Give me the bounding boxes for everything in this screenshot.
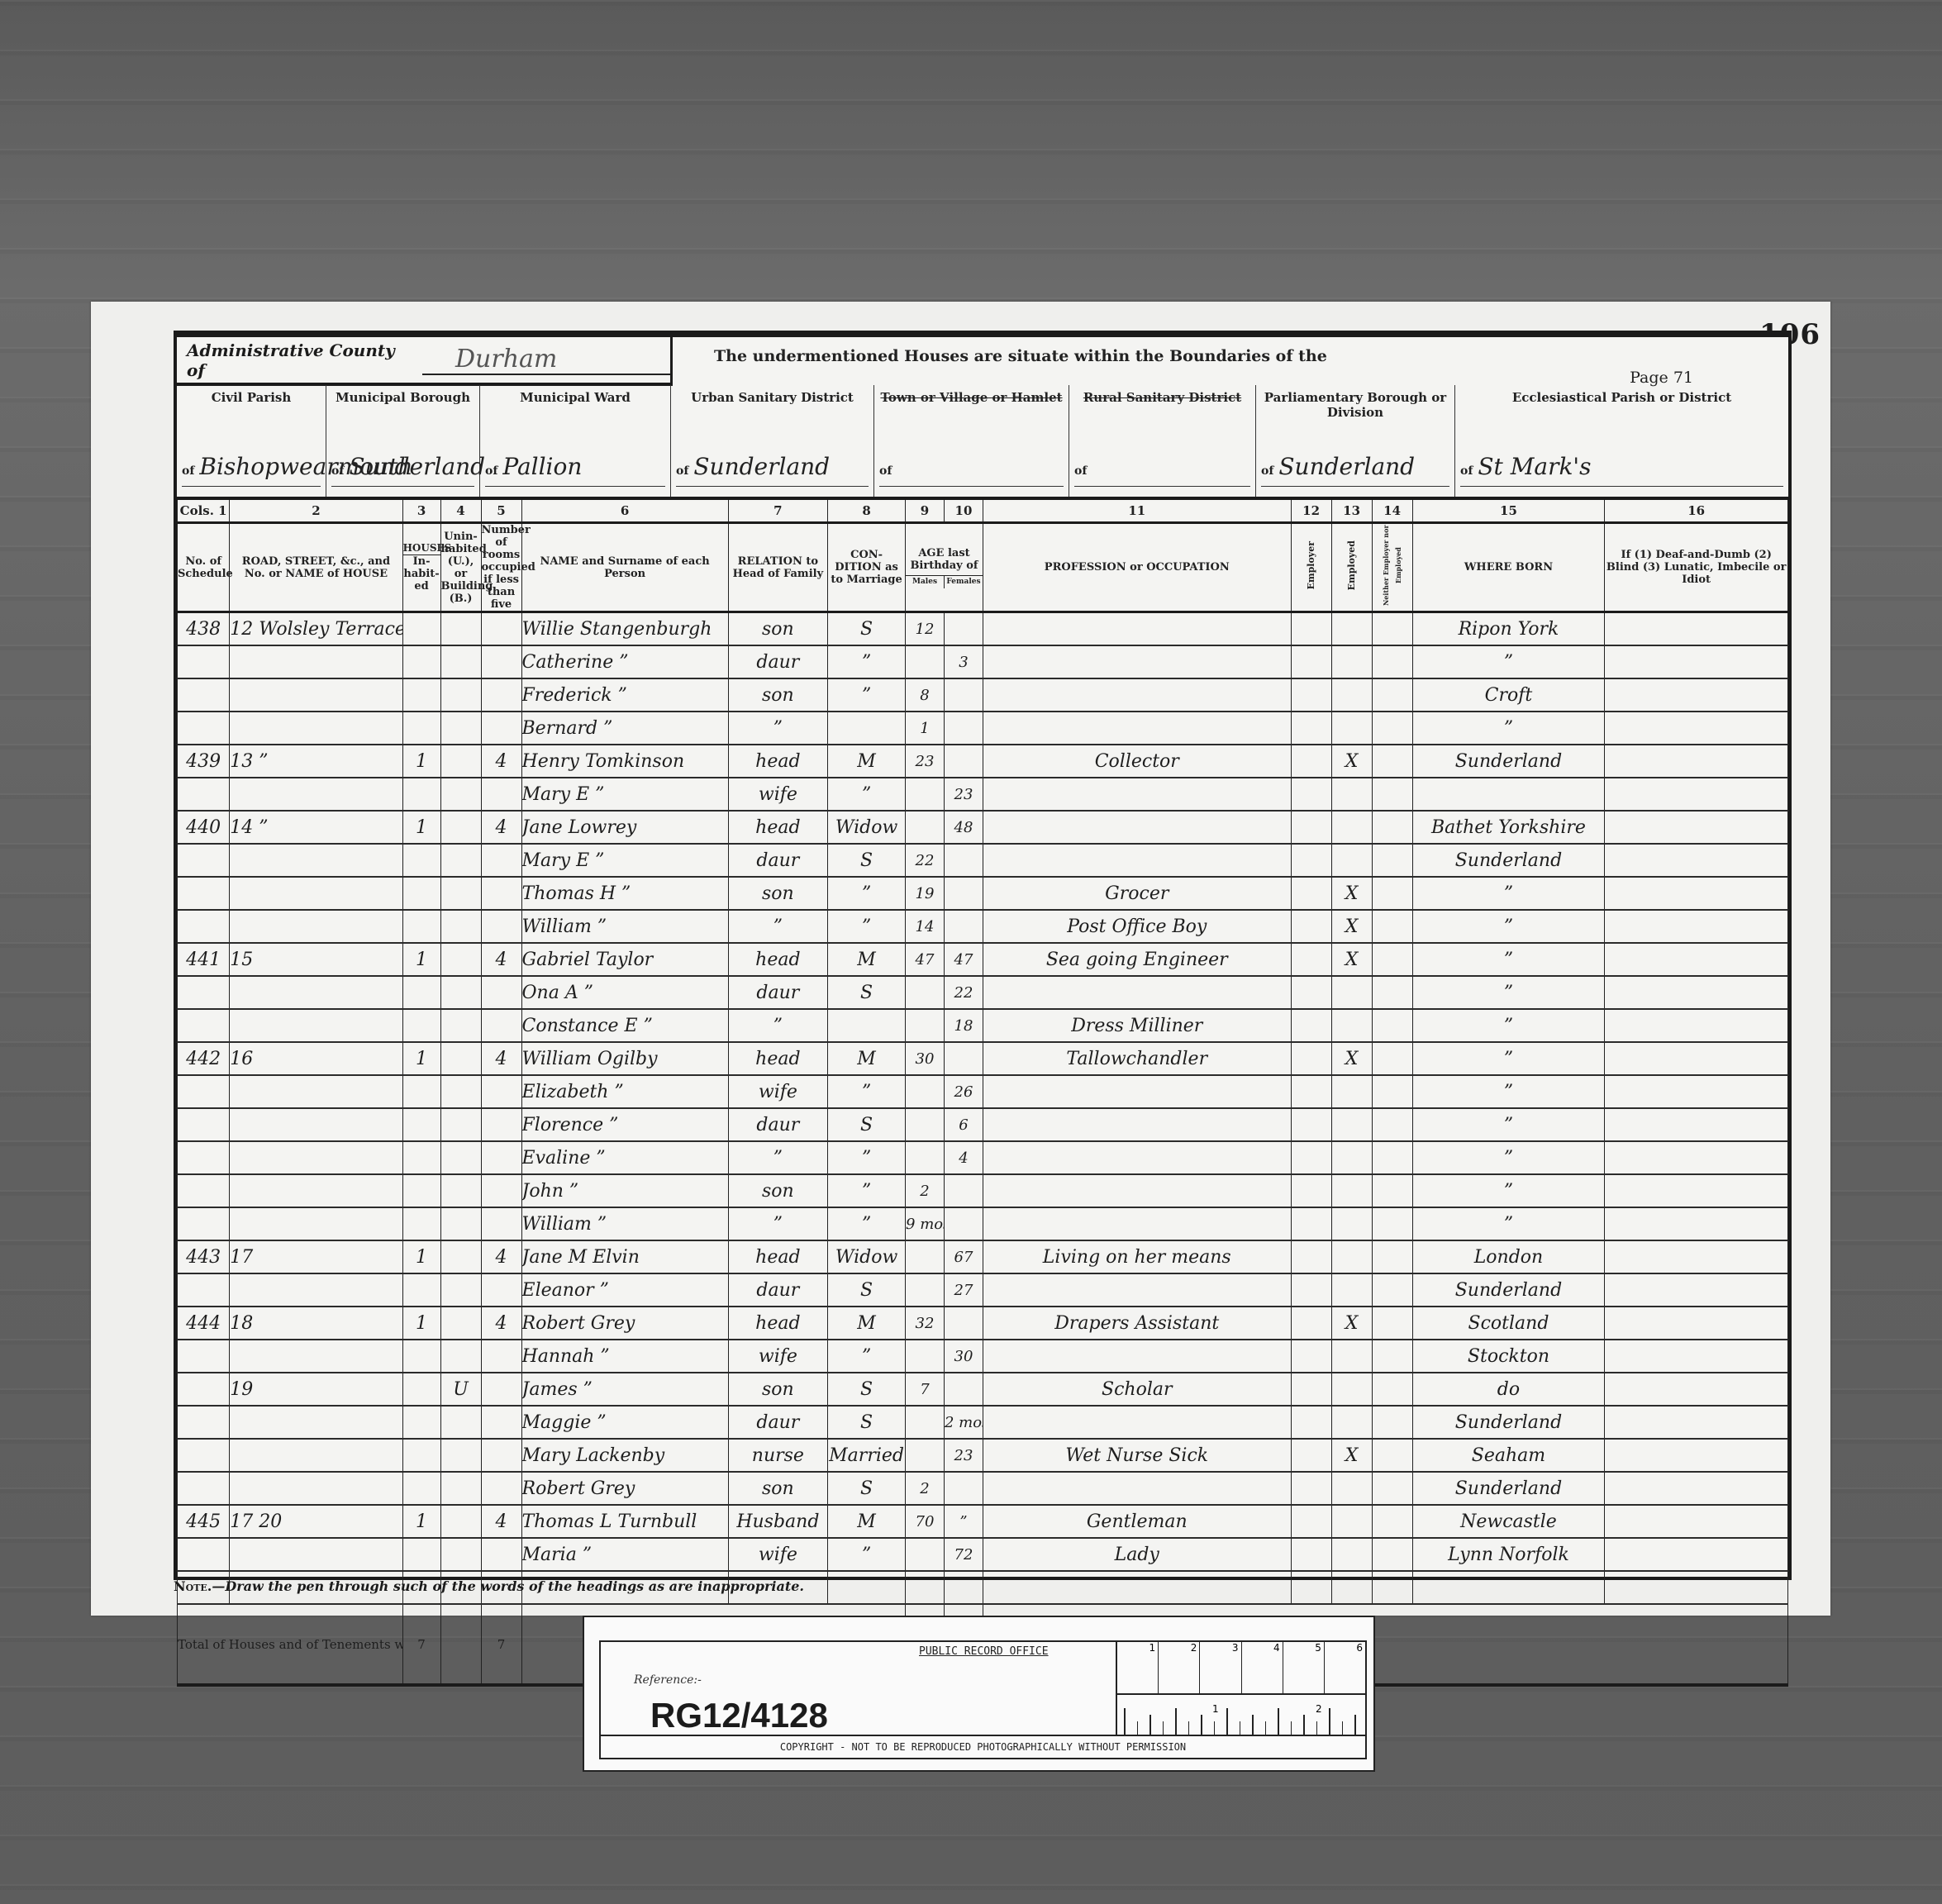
cell-occupation [983, 1472, 1291, 1505]
of-label: of [1460, 464, 1473, 478]
cell-schedule [178, 1075, 230, 1108]
cell-neither [1372, 1273, 1412, 1307]
cell-uninhabited [440, 1009, 481, 1042]
cell-female-age [944, 1472, 983, 1505]
cell-relation: nurse [728, 1439, 827, 1472]
cell-condition: ” [828, 778, 906, 811]
scale-tick [1149, 1715, 1151, 1735]
boundaries-row: Civil ParishofBishopwearmouthMunicipal B… [177, 385, 1788, 500]
footnote-text: —Draw the pen through such of the words … [212, 1578, 804, 1594]
cell-relation: Husband [728, 1505, 827, 1538]
division-value: ofSt Mark's [1460, 453, 1783, 487]
cell-uninhabited [440, 1439, 481, 1472]
scale-cm-mark: 2 [1159, 1642, 1200, 1693]
cell-neither [1372, 612, 1412, 646]
cell-inhabited: 1 [402, 1505, 440, 1538]
cell-female-age [944, 910, 983, 943]
of-label: of [879, 464, 892, 478]
scale-cm-mark: 1 [1117, 1642, 1159, 1693]
division-heading: Ecclesiastical Parish or District [1455, 390, 1788, 405]
cell-female-age [944, 678, 983, 712]
header-inhabited: HOUSESIn-habit-ed [402, 523, 440, 612]
cell-neither [1372, 943, 1412, 976]
cell-name: Mary E ” [521, 778, 728, 811]
cell-uninhabited [440, 1406, 481, 1439]
cell-neither [1372, 1571, 1412, 1604]
cell-condition: M [828, 1505, 906, 1538]
cell-name: Mary Lackenby [521, 1439, 728, 1472]
cell-relation: son [728, 1174, 827, 1207]
cell-employed: X [1331, 745, 1372, 778]
cell-name: William ” [521, 910, 728, 943]
cell-occupation [983, 1273, 1291, 1307]
cell-schedule [178, 712, 230, 745]
cell-relation: head [728, 1307, 827, 1340]
cell-uninhabited [440, 612, 481, 646]
cell-occupation: Tallowchandler [983, 1042, 1291, 1075]
column-number: 15 [1412, 500, 1605, 523]
cell-occupation [983, 1571, 1291, 1604]
reference-slip: PUBLIC RECORD OFFICE Reference:- RG12/41… [583, 1616, 1375, 1772]
header-where-born: WHERE BORN [1412, 523, 1605, 612]
age-label: AGE last Birthday of [906, 547, 983, 572]
cell-male-age: 22 [906, 844, 945, 877]
cell-rooms [481, 1373, 521, 1406]
division-heading: Municipal Borough [326, 390, 479, 405]
cell-name: Ona A ” [521, 976, 728, 1009]
cell-schedule: 439 [178, 745, 230, 778]
cell-occupation [983, 778, 1291, 811]
of-label: of [485, 464, 497, 478]
cell-rooms [481, 910, 521, 943]
cell-male-age: 32 [906, 1307, 945, 1340]
cell-infirmity [1605, 1373, 1788, 1406]
census-row: Frederick ”son”8Croft [178, 678, 1788, 712]
cell-road [230, 976, 402, 1009]
cell-occupation [983, 1174, 1291, 1207]
census-row: Eleanor ”daurS27Sunderland [178, 1273, 1788, 1307]
cell-born: Sunderland [1412, 1472, 1605, 1505]
cell-employer [1291, 745, 1331, 778]
footnote-prefix: Note. [174, 1578, 212, 1594]
cell-employer [1291, 1042, 1331, 1075]
census-row: Bernard ””1” [178, 712, 1788, 745]
cell-employer [1291, 1538, 1331, 1571]
cell-neither [1372, 1373, 1412, 1406]
cell-relation: ” [728, 1141, 827, 1174]
cell-occupation [983, 811, 1291, 844]
header-employed: Employed [1331, 523, 1372, 612]
cell-relation: son [728, 877, 827, 910]
cell-female-age: 67 [944, 1240, 983, 1273]
cell-neither [1372, 1141, 1412, 1174]
column-number: 13 [1331, 500, 1372, 523]
cell-schedule [178, 1141, 230, 1174]
cell-employer [1291, 877, 1331, 910]
cell-relation: wife [728, 1340, 827, 1373]
cell-road [230, 1075, 402, 1108]
header-condition: CON-DITION as to Marriage [828, 523, 906, 612]
neither-label: Neither Employer nor Employed [1380, 522, 1405, 609]
cell-infirmity [1605, 1340, 1788, 1373]
cell-infirmity [1605, 1207, 1788, 1240]
header-uninhabited: Unin-habited (U.), or Building (B.) [440, 523, 481, 612]
of-label: of [182, 464, 194, 478]
cell-male-age [906, 811, 945, 844]
cell-condition: S [828, 612, 906, 646]
cell-relation: son [728, 1472, 827, 1505]
cell-neither [1372, 910, 1412, 943]
cell-male-age: 23 [906, 745, 945, 778]
cell-rooms [481, 1207, 521, 1240]
cell-employed [1331, 678, 1372, 712]
cell-male-age: 12 [906, 612, 945, 646]
cell-employed [1331, 1340, 1372, 1373]
cell-born: Seaham [1412, 1439, 1605, 1472]
cell-rooms [481, 712, 521, 745]
cell-born: Lynn Norfolk [1412, 1538, 1605, 1571]
cell-male-age [906, 1273, 945, 1307]
cell-male-age: 9 mos [906, 1207, 945, 1240]
cell-male-age [906, 645, 945, 678]
scale-tick [1226, 1708, 1228, 1735]
cell-neither [1372, 678, 1412, 712]
cell-employer [1291, 1108, 1331, 1141]
cell-male-age [906, 1571, 945, 1604]
division-value: ofSunderland [676, 453, 869, 487]
cell-schedule [178, 645, 230, 678]
cell-uninhabited [440, 877, 481, 910]
census-row: 4411514Gabriel TaylorheadM4747Sea going … [178, 943, 1788, 976]
cell-occupation: Drapers Assistant [983, 1307, 1291, 1340]
of-label: of [1261, 464, 1273, 478]
measurement-scale: 123456 12 [1116, 1642, 1365, 1735]
cell-born: Ripon York [1412, 612, 1605, 646]
division-3: Urban Sanitary DistrictofSunderland [671, 385, 874, 497]
cell-condition: S [828, 1273, 906, 1307]
division-5: Rural Sanitary Districtof [1069, 385, 1256, 497]
cell-male-age: 2 [906, 1174, 945, 1207]
cell-name: Henry Tomkinson [521, 745, 728, 778]
cell-born [1412, 1571, 1605, 1604]
cell-infirmity [1605, 712, 1788, 745]
cell-male-age: 2 [906, 1472, 945, 1505]
cell-occupation: Sea going Engineer [983, 943, 1291, 976]
cell-male-age: 1 [906, 712, 945, 745]
cell-infirmity [1605, 1406, 1788, 1439]
cell-male-age [906, 1141, 945, 1174]
cell-infirmity [1605, 678, 1788, 712]
cell-neither [1372, 1207, 1412, 1240]
cell-male-age [906, 1439, 945, 1472]
cell-name: Hannah ” [521, 1340, 728, 1373]
division-heading: Town or Village or Hamlet [874, 390, 1069, 405]
scale-cm-mark: 4 [1242, 1642, 1283, 1693]
females-label: Females [945, 576, 983, 588]
division-heading: Rural Sanitary District [1069, 390, 1255, 405]
of-label: of [1074, 464, 1087, 478]
cell-name: Catherine ” [521, 645, 728, 678]
census-row: Elizabeth ”wife”26” [178, 1075, 1788, 1108]
cell-schedule [178, 1207, 230, 1240]
cell-name: James ” [521, 1373, 728, 1406]
cell-relation: ” [728, 712, 827, 745]
census-row: Catherine ”daur”3” [178, 645, 1788, 678]
cell-uninhabited [440, 811, 481, 844]
cell-male-age: 7 [906, 1373, 945, 1406]
cell-born: Stockton [1412, 1340, 1605, 1373]
cell-inhabited [402, 910, 440, 943]
cell-schedule [178, 976, 230, 1009]
cell-neither [1372, 976, 1412, 1009]
cell-employer [1291, 645, 1331, 678]
cell-employed: X [1331, 943, 1372, 976]
cell-born: ” [1412, 1141, 1605, 1174]
cell-name: Gabriel Taylor [521, 943, 728, 976]
cell-born: Sunderland [1412, 1406, 1605, 1439]
cell-condition: ” [828, 910, 906, 943]
cell-name: John ” [521, 1174, 728, 1207]
division-heading: Parliamentary Borough or Division [1256, 390, 1454, 420]
cell-employed [1331, 1505, 1372, 1538]
cell-road [230, 1406, 402, 1439]
census-row: Robert GreysonS2Sunderland [178, 1472, 1788, 1505]
cell-neither [1372, 778, 1412, 811]
division-handwritten-value: Pallion [502, 453, 582, 480]
cell-name: Thomas H ” [521, 877, 728, 910]
cell-infirmity [1605, 778, 1788, 811]
cell-employed [1331, 612, 1372, 646]
cell-occupation [983, 976, 1291, 1009]
cell-employer [1291, 910, 1331, 943]
header-neither: Neither Employer nor Employed [1372, 523, 1412, 612]
cell-male-age [906, 1406, 945, 1439]
cell-uninhabited [440, 1307, 481, 1340]
cell-born: Sunderland [1412, 844, 1605, 877]
header-occupation: PROFESSION or OCCUPATION [983, 523, 1291, 612]
cell-relation: daur [728, 1108, 827, 1141]
cell-female-age: 23 [944, 1439, 983, 1472]
column-number: 5 [481, 500, 521, 523]
cell-road: 16 [230, 1042, 402, 1075]
census-row: 44014 ”14Jane LowreyheadWidow48Bathet Yo… [178, 811, 1788, 844]
scale-inch-mark: 2 [1316, 1703, 1322, 1715]
cell-road [230, 844, 402, 877]
cell-inhabited [402, 1373, 440, 1406]
cell-inhabited [402, 712, 440, 745]
cell-female-age [944, 1373, 983, 1406]
cell-road [230, 1009, 402, 1042]
cell-infirmity [1605, 1075, 1788, 1108]
cell-occupation [983, 1075, 1291, 1108]
cell-employed: X [1331, 877, 1372, 910]
cell-uninhabited: U [440, 1373, 481, 1406]
cell-road: 14 ” [230, 811, 402, 844]
cell-neither [1372, 1075, 1412, 1108]
cell-neither [1372, 1174, 1412, 1207]
cell-employed [1331, 1009, 1372, 1042]
scale-tick [1188, 1721, 1190, 1735]
cell-relation: head [728, 745, 827, 778]
cell-infirmity [1605, 1009, 1788, 1042]
cell-born: ” [1412, 1075, 1605, 1108]
cell-uninhabited [440, 745, 481, 778]
cell-occupation: Dress Milliner [983, 1009, 1291, 1042]
cell-name: Evaline ” [521, 1141, 728, 1174]
column-number: Cols. 1 [178, 500, 230, 523]
scale-tick [1303, 1715, 1305, 1735]
cell-road: 13 ” [230, 745, 402, 778]
cell-schedule: 441 [178, 943, 230, 976]
division-handwritten-value: Sunderland [349, 453, 485, 480]
cell-schedule [178, 1009, 230, 1042]
column-number: 7 [728, 500, 827, 523]
cell-rooms [481, 1439, 521, 1472]
cell-neither [1372, 844, 1412, 877]
cell-inhabited [402, 1174, 440, 1207]
cell-schedule [178, 844, 230, 877]
column-headings-row: No. of Schedule ROAD, STREET, &c., and N… [178, 523, 1788, 612]
census-row: Florence ”daurS6” [178, 1108, 1788, 1141]
cell-born [1412, 778, 1605, 811]
census-form: Administrative County of Durham The unde… [174, 331, 1792, 1580]
cell-condition: ” [828, 1207, 906, 1240]
census-row: Mary E ”daurS22Sunderland [178, 844, 1788, 877]
cell-employed: X [1331, 1439, 1372, 1472]
cell-name: William Ogilby [521, 1042, 728, 1075]
cell-neither [1372, 1009, 1412, 1042]
copyright-notice: COPYRIGHT - NOT TO BE REPRODUCED PHOTOGR… [601, 1735, 1365, 1758]
column-number: 2 [230, 500, 402, 523]
cell-schedule: 442 [178, 1042, 230, 1075]
cell-condition: ” [828, 877, 906, 910]
cell-born: ” [1412, 1009, 1605, 1042]
cell-schedule [178, 1108, 230, 1141]
header-name: NAME and Surname of each Person [521, 523, 728, 612]
cell-neither [1372, 645, 1412, 678]
scale-tick [1329, 1708, 1330, 1735]
cell-name: Jane Lowrey [521, 811, 728, 844]
cell-employer [1291, 1075, 1331, 1108]
census-row: Thomas H ”son”19GrocerX” [178, 877, 1788, 910]
scale-tick [1278, 1708, 1279, 1735]
cell-infirmity [1605, 976, 1788, 1009]
cell-neither [1372, 1439, 1412, 1472]
cell-condition: M [828, 943, 906, 976]
cell-road [230, 1439, 402, 1472]
cell-road [230, 712, 402, 745]
cell-infirmity [1605, 612, 1788, 646]
cell-female-age: 30 [944, 1340, 983, 1373]
cell-employed [1331, 976, 1372, 1009]
rooms-total: 7 [481, 1604, 521, 1685]
cell-male-age [906, 778, 945, 811]
cell-employer [1291, 1273, 1331, 1307]
header-rooms: Number of rooms occupied if less than fi… [481, 523, 521, 612]
cell-schedule [178, 1174, 230, 1207]
cell-name: Maria ” [521, 1538, 728, 1571]
cell-condition: S [828, 1108, 906, 1141]
cell-schedule [178, 877, 230, 910]
cell-female-age: 48 [944, 811, 983, 844]
cell-infirmity [1605, 877, 1788, 910]
cell-rooms [481, 844, 521, 877]
column-numbers-row: Cols. 12345678910111213141516 [178, 500, 1788, 523]
cell-born: ” [1412, 943, 1605, 976]
public-record-office-label: PUBLIC RECORD OFFICE [919, 1645, 1049, 1658]
cell-uninhabited [440, 976, 481, 1009]
cell-uninhabited [440, 1108, 481, 1141]
cell-rooms: 4 [481, 1505, 521, 1538]
cell-inhabited: 1 [402, 1240, 440, 1273]
cell-inhabited [402, 1439, 440, 1472]
census-row: Mary E ”wife”23 [178, 778, 1788, 811]
cell-neither [1372, 1240, 1412, 1273]
cell-name: Elizabeth ” [521, 1075, 728, 1108]
cell-inhabited [402, 1472, 440, 1505]
cell-condition: ” [828, 1141, 906, 1174]
cell-female-age [944, 1174, 983, 1207]
cell-schedule [178, 1340, 230, 1373]
cell-road [230, 1538, 402, 1571]
cell-schedule [178, 1373, 230, 1406]
cell-uninhabited [440, 1042, 481, 1075]
cell-born: ” [1412, 1108, 1605, 1141]
cell-female-age: 72 [944, 1538, 983, 1571]
scale-tick [1265, 1721, 1267, 1735]
cell-female-age: 4 [944, 1141, 983, 1174]
cell-employed [1331, 1108, 1372, 1141]
cell-rooms [481, 1406, 521, 1439]
division-1: Municipal BoroughofSunderland [326, 385, 480, 497]
county-label: Administrative County of [187, 340, 416, 380]
division-value: ofSunderland [331, 453, 474, 487]
cell-born: Newcastle [1412, 1505, 1605, 1538]
cell-road: 17 [230, 1240, 402, 1273]
cell-name: Willie Stangenburgh [521, 612, 728, 646]
cell-male-age: 8 [906, 678, 945, 712]
cell-inhabited: 1 [402, 1307, 440, 1340]
cell-uninhabited [440, 645, 481, 678]
scale-tick [1137, 1721, 1139, 1735]
cell-born: ” [1412, 976, 1605, 1009]
cell-female-age [944, 1307, 983, 1340]
cell-uninhabited [440, 1240, 481, 1273]
cell-occupation [983, 612, 1291, 646]
cell-road [230, 645, 402, 678]
cell-condition: ” [828, 1075, 906, 1108]
cell-rooms [481, 1174, 521, 1207]
header-employer: Employer [1291, 523, 1331, 612]
cell-male-age: 30 [906, 1042, 945, 1075]
cell-neither [1372, 712, 1412, 745]
cell-condition [828, 712, 906, 745]
census-row: Mary LackenbynurseMarried23Wet Nurse Sic… [178, 1439, 1788, 1472]
cell-occupation [983, 1108, 1291, 1141]
header-road: ROAD, STREET, &c., and No. or NAME of HO… [230, 523, 402, 612]
census-row: Evaline ”””4” [178, 1141, 1788, 1174]
cell-occupation: Collector [983, 745, 1291, 778]
cell-male-age [906, 1538, 945, 1571]
cell-schedule [178, 910, 230, 943]
cell-schedule [178, 1439, 230, 1472]
cell-male-age: 47 [906, 943, 945, 976]
cell-condition: M [828, 1307, 906, 1340]
cell-relation: wife [728, 778, 827, 811]
cell-infirmity [1605, 844, 1788, 877]
cell-employer [1291, 1472, 1331, 1505]
scale-inch-mark: 1 [1212, 1703, 1219, 1715]
